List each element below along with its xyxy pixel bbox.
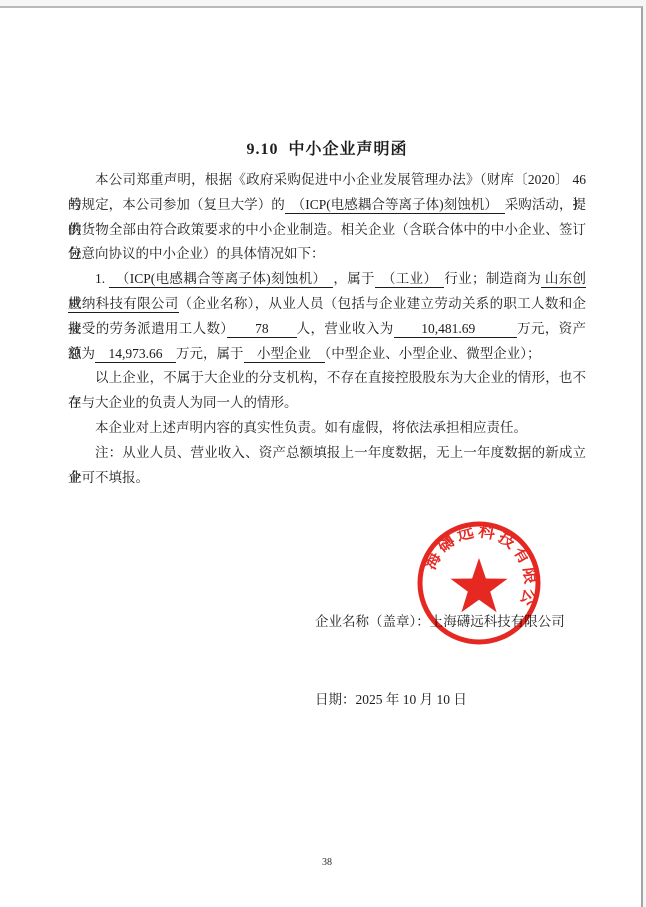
text-segment: ，属于 bbox=[333, 271, 374, 286]
date-line: 日期：2025 年 10 月 10 日 bbox=[315, 687, 565, 713]
document-body: 本公司郑重声明，根据《政府采购促进中小企业发展管理办法》（财库〔2020〕 46… bbox=[68, 168, 586, 490]
text-segment: 包意向协议的中小企业）的具体情况如下： bbox=[68, 246, 325, 261]
document-line: 的规定，本公司参加（复旦大学）的 （ICP(电感耦合等离子体)刻蚀机） 采购活动… bbox=[68, 193, 586, 218]
document-line: 额为 14,973.66 万元，属于 小型企业 （中型企业、小型企业、微型企业）… bbox=[68, 342, 586, 367]
document-line: 本企业对上述声明内容的真实性负责。如有虚假，将依法承担相应责任。 bbox=[68, 416, 586, 441]
signature-block: 企业名称（盖章）：上海礴远科技有限公司 日期：2025 年 10 月 10 日 bbox=[315, 557, 565, 765]
text-segment: 行业；制造商为 bbox=[444, 271, 541, 286]
text-segment: 业可不填报。 bbox=[68, 470, 149, 485]
underlined-field: 小型企业 bbox=[244, 346, 325, 363]
underlined-field: （ICP(电感耦合等离子体)刻蚀机） bbox=[109, 271, 334, 288]
text-segment: 在与大企业的负责人为同一人的情形。 bbox=[68, 395, 298, 410]
underlined-field: 78 bbox=[227, 321, 296, 338]
document-line: 本公司郑重声明，根据《政府采购促进中小企业发展管理办法》（财库〔2020〕 46… bbox=[68, 168, 586, 193]
text-segment: 接受的劳务派遣用工人数） bbox=[68, 321, 227, 336]
document-line: 以上企业，不属于大企业的分支机构，不存在直接控股股东为大企业的情形，也不存 bbox=[68, 366, 586, 391]
document-line: 包意向协议的中小企业）的具体情况如下： bbox=[68, 242, 586, 267]
document-line: 的货物全部由符合政策要求的中小企业制造。相关企业（含联合体中的中小企业、签订分 bbox=[68, 218, 586, 243]
underlined-field: 10,481.69 bbox=[394, 321, 518, 338]
underlined-field: 威纳科技有限公司 bbox=[68, 296, 179, 313]
document-line: 威纳科技有限公司（企业名称），从业人员（包括与企业建立劳动关系的职工人数和企业 bbox=[68, 292, 586, 317]
page-title: 9.10 中小企业声明函 bbox=[68, 136, 586, 159]
document-line: 接受的劳务派遣用工人数） 78 人，营业收入为 10,481.69 万元，资产总 bbox=[68, 317, 586, 342]
document-page: 9.10 中小企业声明函 本公司郑重声明，根据《政府采购促进中小企业发展管理办法… bbox=[0, 6, 643, 907]
document-line: 1. （ICP(电感耦合等离子体)刻蚀机） ，属于 （工业） 行业；制造商为 山… bbox=[68, 267, 586, 292]
text-segment: 的规定，本公司参加（复旦大学）的 bbox=[68, 197, 285, 212]
document-line: 注：从业人员、营业收入、资产总额填报上一年度数据，无上一年度数据的新成立企 bbox=[68, 441, 586, 466]
document-line: 在与大企业的负责人为同一人的情形。 bbox=[68, 391, 586, 416]
document-line: 业可不填报。 bbox=[68, 466, 586, 491]
text-segment: 人，营业收入为 bbox=[297, 321, 394, 336]
company-name-line: 企业名称（盖章）：上海礴远科技有限公司 bbox=[315, 609, 565, 635]
text-segment: 本企业对上述声明内容的真实性负责。如有虚假，将依法承担相应责任。 bbox=[95, 420, 527, 435]
underlined-field: （ICP(电感耦合等离子体)刻蚀机） bbox=[285, 197, 505, 214]
page-number: 38 bbox=[68, 857, 586, 868]
text-segment: 额为 bbox=[68, 346, 95, 361]
text-segment: 1. bbox=[95, 271, 109, 286]
text-segment: 万元，属于 bbox=[176, 346, 244, 361]
text-segment: （中型企业、小型企业、微型企业）； bbox=[325, 346, 541, 361]
underlined-field: 14,973.66 bbox=[95, 346, 176, 363]
underlined-field: （工业） bbox=[375, 271, 444, 288]
